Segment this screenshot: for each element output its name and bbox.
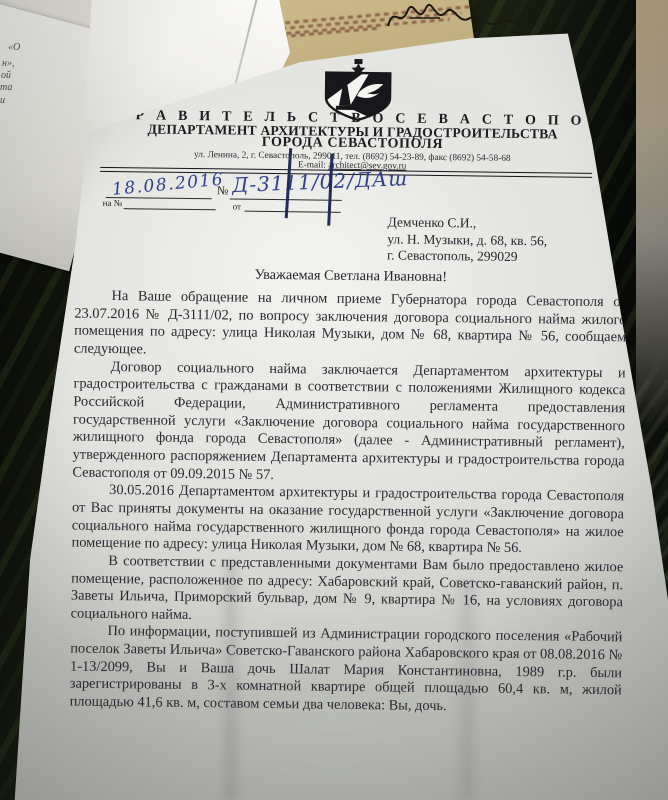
- paragraph: 30.05.2016 Департаментом архитектуры и г…: [71, 482, 624, 559]
- underlying-document-text: н»,: [2, 58, 14, 69]
- recipient-street: ул. Н. Музыки, д. 68, кв. 56,: [387, 231, 547, 250]
- letter-body: На Ваше обращение на личном приеме Губер…: [70, 288, 627, 718]
- underlying-document-text: «О: [8, 42, 20, 53]
- number-sign: №: [217, 183, 229, 198]
- right-edge-paper: [636, 0, 668, 430]
- paragraph: В соответствии с представленными докумен…: [71, 552, 624, 629]
- salutation: Уважаемая Светлана Ивановна!: [111, 265, 591, 288]
- photographed-letter-scene: «О н», ой та и П Р А В И Т Е Л Ь С Т: [0, 0, 668, 800]
- registration-blank-line: [245, 211, 341, 213]
- underlying-document-text: и: [0, 95, 5, 106]
- underlying-document-text: та: [0, 82, 12, 93]
- recipient-name: Демченко С.И.,: [387, 214, 547, 233]
- paragraph: По информации, поступившей из Администра…: [70, 623, 623, 718]
- na-no-label: на №: [103, 198, 123, 208]
- handwritten-date: 18.08.2016: [111, 170, 225, 200]
- letterhead: П Р А В И Т Е Л Ь С Т В О С Е В А С Т О …: [112, 109, 593, 174]
- paragraph: Договор социального найма заключается Де…: [72, 358, 625, 488]
- ot-label: от: [233, 202, 241, 212]
- recipient-city: г. Севастополь, 299029: [387, 248, 547, 267]
- paragraph: На Ваше обращение на личном приеме Губер…: [74, 288, 627, 365]
- recipient-block: Демченко С.И., ул. Н. Музыки, д. 68, кв.…: [387, 214, 548, 266]
- registration-blank-line: [124, 208, 216, 210]
- underlying-document-text: ой: [1, 70, 11, 81]
